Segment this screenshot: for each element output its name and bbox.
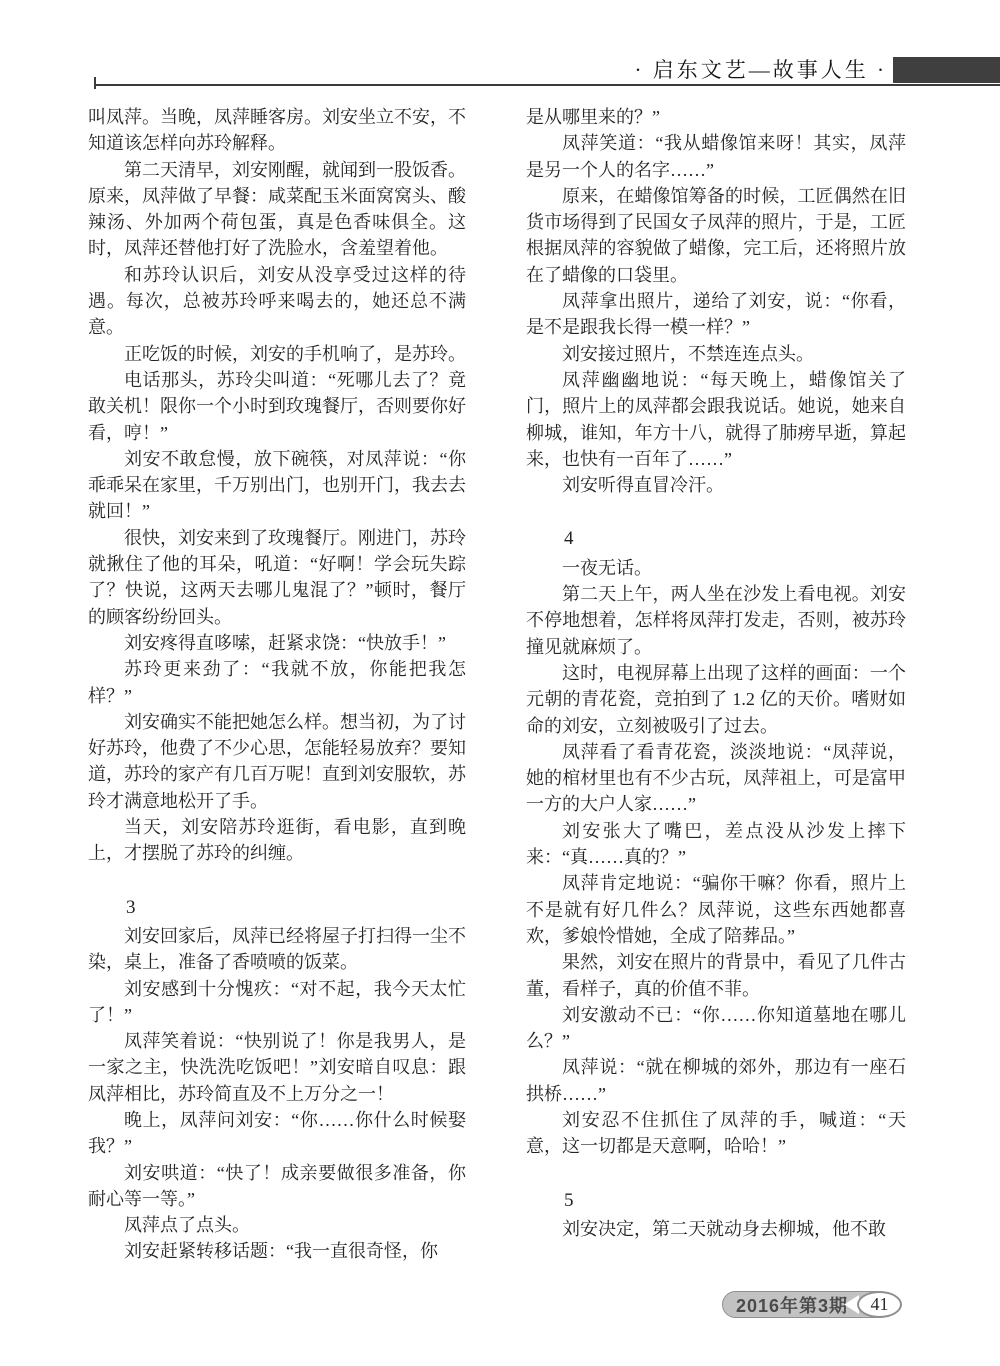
paragraph: 晚上，凤萍问刘安：“你……你什么时候娶我？” [88,1107,466,1160]
paragraph: 很快，刘安来到了玫瑰餐厅。刚进门，苏玲就揪住了他的耳朵，吼道：“好啊！学会玩失踪… [88,525,466,630]
footer-badge: 2016年第3期 41 [722,1291,902,1319]
paragraph: 刘安疼得直哆嗦，赶紧求饶：“快放手！” [88,630,466,656]
paragraph: 原来，在蜡像馆筹备的时候，工匠偶然在旧货市场得到了民国女子凤萍的照片，于是，工匠… [526,183,906,288]
paragraph: 刘安回家后，凤萍已经将屋子打扫得一尘不染，桌上，准备了香喷喷的饭菜。 [88,923,466,976]
paragraph: 凤萍笑着说：“快别说了！你是我男人，是一家之主，快洗洗吃饭吧！”刘安暗自叹息：跟… [88,1028,466,1107]
paragraph: 正吃饭的时候，刘安的手机响了，是苏玲。 [88,341,466,367]
paragraph: 凤萍肯定地说：“骗你干嘛？你看，照片上不是就有好几件么？凤萍说，这些东西她都喜欢… [526,870,906,949]
paragraph: 刘安哄道：“快了！成亲要做很多准备，你耐心等一等。” [88,1160,466,1213]
section-number: 5 [526,1188,906,1214]
issue-label: 2016年第3期 [736,1292,848,1318]
paragraph: 凤萍说：“就在柳城的郊外，那边有一座石拱桥……” [526,1054,906,1107]
paragraph: 刘安忍不住抓住了凤萍的手，喊道：“天意，这一切都是天意啊，哈哈！” [526,1107,906,1160]
paragraph: 凤萍幽幽地说：“每天晚上，蜡像馆关了门，照片上的凤萍都会跟我说话。她说，她来自柳… [526,367,906,472]
paragraph: 刘安确实不能把她怎么样。想当初，为了讨好苏玲，他费了不少心思，怎能轻易放弃？要知… [88,709,466,814]
paragraph: 刘安感到十分愧疚：“对不起，我今天太忙了！” [88,976,466,1029]
header-rule [95,84,1000,86]
paragraph: 这时，电视屏幕上出现了这样的画面：一个元朝的青花瓷，竞拍到了 1.2 亿的天价。… [526,660,906,739]
section-number: 4 [526,526,906,552]
paragraph: 一夜无话。 [526,555,906,581]
magazine-page: · 启东文艺—故事人生 · 叫凤萍。当晚，凤萍睡客房。刘安坐立不安，不知道该怎样… [0,0,1000,1366]
paragraph: 刘安听得直冒冷汗。 [526,472,906,498]
paragraph: 是从哪里来的？” [526,104,906,130]
section-number: 3 [88,895,466,921]
paragraph: 刘安接过照片，不禁连连点头。 [526,341,906,367]
header-rule-tick [94,77,96,89]
paragraph: 刘安激动不已：“你……你知道墓地在哪儿么？” [526,1002,906,1055]
paragraph: 第二天清早，刘安刚醒，就闻到一股饭香。原来，凤萍做了早餐：咸菜配玉米面窝窝头、酸… [88,157,466,262]
paragraph: 和苏玲认识后，刘安从没享受过这样的待遇。每次，总被苏玲呼来喝去的，她还总不满意。 [88,262,466,341]
paragraph: 电话那头，苏玲尖叫道：“死哪儿去了？竟敢关机！限你一个小时到玫瑰餐厅，否则要你好… [88,367,466,446]
paragraph: 刘安不敢怠慢，放下碗筷，对凤萍说：“你乖乖呆在家里，千万别出门，也别开门，我去去… [88,446,466,525]
header-accent-block [893,57,1000,83]
paragraph: 凤萍笑道：“我从蜡像馆来呀！其实，凤萍是另一个人的名字……” [526,130,906,183]
paragraph: 叫凤萍。当晚，凤萍睡客房。刘安坐立不安，不知道该怎样向苏玲解释。 [88,104,466,157]
paragraph: 果然，刘安在照片的背景中，看见了几件古董，看样子，真的价值不菲。 [526,949,906,1002]
paragraph: 苏玲更来劲了：“我就不放，你能把我怎样？” [88,656,466,709]
page-number-badge: 41 [857,1291,902,1318]
page-number: 41 [871,1294,889,1315]
paragraph: 凤萍拿出照片，递给了刘安，说：“你看，是不是跟我长得一模一样？” [526,288,906,341]
paragraph: 凤萍看了看青花瓷，淡淡地说：“凤萍说，她的棺材里也有不少古玩，凤萍祖上，可是富甲… [526,739,906,818]
paragraph: 第二天上午，两人坐在沙发上看电视。刘安不停地想着，怎样将凤萍打发走，否则，被苏玲… [526,581,906,660]
paragraph: 当天，刘安陪苏玲逛街，看电影，直到晚上，才摆脱了苏玲的纠缠。 [88,814,466,867]
paragraph: 凤萍点了点头。 [88,1212,466,1238]
paragraph: 刘安决定，第二天就动身去柳城，他不敢 [526,1216,906,1242]
left-text-column: 叫凤萍。当晚，凤萍睡客房。刘安坐立不安，不知道该怎样向苏玲解释。第二天清早，刘安… [88,104,466,1265]
header-title: · 启东文艺—故事人生 · [635,54,888,84]
paragraph: 刘安赶紧转移话题：“我一直很奇怪，你 [88,1238,466,1264]
paragraph: 刘安张大了嘴巴，差点没从沙发上摔下来：“真……真的？” [526,818,906,871]
right-text-column: 是从哪里来的？”凤萍笑道：“我从蜡像馆来呀！其实，凤萍是另一个人的名字……”原来… [526,104,906,1242]
